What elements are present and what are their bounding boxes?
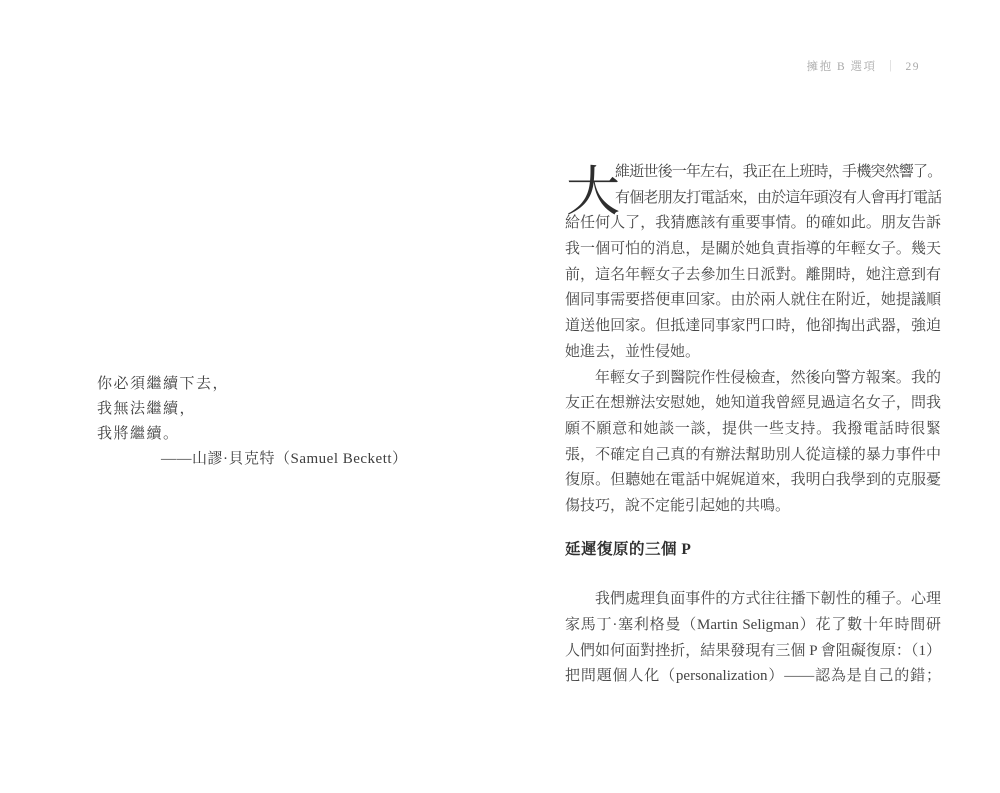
body-line: 她進去，並性侵她。 xyxy=(565,340,941,366)
paragraph: 維逝世後一年左右，我正在上班時，手機突然響了。有個老朋友打電話來，由於這年頭沒有… xyxy=(565,160,941,366)
epigraph: 你必須繼續下去，我無法繼續，我將繼續。 ——山謬·貝克特（Samuel Beck… xyxy=(97,372,457,472)
epigraph-line: 你必須繼續下去， xyxy=(97,372,457,397)
body-line: 人們如何面對挫折，結果發現有三個 P 會阻礙復原：（1） xyxy=(565,639,941,665)
running-head-separator: ｜ xyxy=(885,61,898,73)
body-line: 給任何人了，我猜應該有重要事情。的確如此。朋友告訴 xyxy=(565,211,941,237)
body-line: 傷技巧，說不定能引起她的共鳴。 xyxy=(565,494,941,520)
running-head: 擁抱 B 選項｜29 xyxy=(807,58,920,74)
body-line: 願不願意和她談一談，提供一些支持。我撥電話時很緊 xyxy=(565,417,941,443)
body-line: 復原。但聽她在電話中娓娓道來，我明白我學到的克服憂 xyxy=(565,468,941,494)
body-line: 前，這名年輕女子去參加生日派對。離開時，她注意到有 xyxy=(565,263,941,289)
epigraph-line: 我無法繼續， xyxy=(97,397,457,422)
body-line: 維逝世後一年左右，我正在上班時，手機突然響了。 xyxy=(615,160,941,186)
running-head-page-number: 29 xyxy=(906,61,921,73)
body-line: 把問題個人化（personalization）——認為是自己的錯；（2） xyxy=(565,664,941,690)
body-line: 個同事需要搭便車回家。由於兩人就住在附近，她提議順 xyxy=(565,288,941,314)
body-line: 我一個可怕的消息，是關於她負責指導的年輕女子。幾天 xyxy=(565,237,941,263)
epigraph-attribution: ——山謬·貝克特（Samuel Beckett） xyxy=(97,447,457,472)
body-line: 有個老朋友打電話來，由於這年頭沒有人會再打電話 xyxy=(615,186,941,212)
paragraph: 年輕女子到醫院作性侵檢查，然後向警方報案。我的朋友正在想辦法安慰她，她知道我曾經… xyxy=(565,366,941,520)
epigraph-lines: 你必須繼續下去，我無法繼續，我將繼續。 xyxy=(97,372,457,447)
body-sections: 維逝世後一年左右，我正在上班時，手機突然響了。有個老朋友打電話來，由於這年頭沒有… xyxy=(565,160,941,690)
body-text: 大 維逝世後一年左右，我正在上班時，手機突然響了。有個老朋友打電話來，由於這年頭… xyxy=(565,160,941,690)
body-line: 道送他回家。但抵達同事家門口時，他卻掏出武器，強迫 xyxy=(565,314,941,340)
body-line: 張，不確定自己真的有辦法幫助別人從這樣的暴力事件中 xyxy=(565,443,941,469)
body-line: 年輕女子到醫院作性侵檢查，然後向警方報案。我的朋 xyxy=(565,366,941,392)
section-heading: 延遲復原的三個 P xyxy=(565,537,941,563)
body-line: 友正在想辦法安慰她，她知道我曾經見過這名女子，問我 xyxy=(565,391,941,417)
paragraph: 我們處理負面事件的方式往往播下韌性的種子。心理學家馬丁·塞利格曼（Martin … xyxy=(565,587,941,690)
drop-cap: 大 xyxy=(566,165,620,219)
running-head-book-title: 擁抱 B 選項 xyxy=(807,61,877,73)
epigraph-line: 我將繼續。 xyxy=(97,422,457,447)
body-line: 我們處理負面事件的方式往往播下韌性的種子。心理學 xyxy=(565,587,941,613)
book-page: 擁抱 B 選項｜29 你必須繼續下去，我無法繼續，我將繼續。 ——山謬·貝克特（… xyxy=(0,0,1000,793)
body-line: 家馬丁·塞利格曼（Martin Seligman）花了數十年時間研究 xyxy=(565,613,941,639)
